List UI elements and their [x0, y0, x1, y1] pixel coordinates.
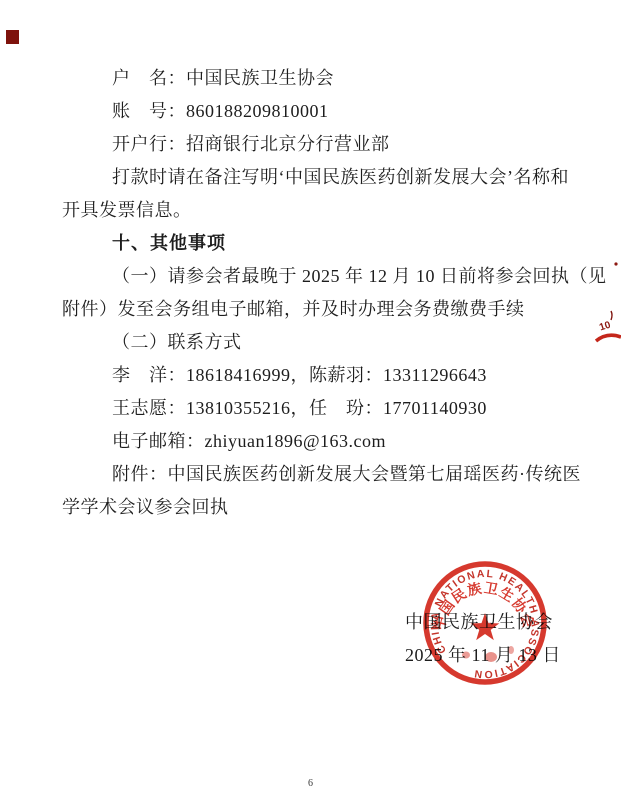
- edge-dot-mark: [614, 262, 617, 265]
- section-heading: 十、其他事项: [62, 227, 582, 260]
- edge-fragment-text: 10: [598, 319, 612, 333]
- edge-scratch-mark: [611, 311, 612, 320]
- bank-line: 开户行：招商银行北京分行营业部: [62, 128, 582, 161]
- account-number-line: 账 号：860188209810001: [62, 95, 582, 128]
- item-1-line-1: （一）请参会者最晚于 2025 年 12 月 10 日前将参会回执（见: [62, 260, 582, 293]
- seal-star-icon: [471, 613, 500, 640]
- page-number: 6: [0, 778, 621, 789]
- seal-ink-smudge: [462, 652, 470, 659]
- email-line: 电子邮箱：zhiyuan1896@163.com: [62, 425, 582, 458]
- remark-line-1: 打款时请在备注写明‘中国民族医药创新发展大会’名称和: [62, 161, 582, 194]
- attachment-line-2: 学学术会议参会回执: [62, 491, 582, 524]
- attachment-line-1: 附件：中国民族医药创新发展大会暨第七届瑶医药·传统医: [62, 458, 582, 491]
- edge-fragment-graphic: 10: [595, 253, 621, 349]
- document-body: 户 名：中国民族卫生协会 账 号：860188209810001 开户行：招商银…: [62, 62, 582, 524]
- seal-ink-smudge: [485, 652, 497, 662]
- item-1-line-2: 附件）发至会务组电子邮箱，并及时办理会务费缴费手续: [62, 293, 582, 326]
- item-2-heading: （二）联系方式: [62, 326, 582, 359]
- edge-stamp-fragments: 10: [595, 253, 621, 349]
- seal-graphic: CHINA NATIONAL HEALTH ASSOCIATION 中国民族卫生…: [419, 558, 551, 690]
- seal-ink-smudge: [508, 646, 514, 654]
- remark-line-2: 开具发票信息。: [62, 194, 582, 227]
- edge-red-stroke: [596, 335, 621, 341]
- account-name-line: 户 名：中国民族卫生协会: [62, 62, 582, 95]
- contact-line-1: 李 洋：18618416999，陈薪羽：13311296643: [62, 359, 582, 392]
- official-seal-stamp: CHINA NATIONAL HEALTH ASSOCIATION 中国民族卫生…: [419, 558, 551, 690]
- contact-line-2: 王志愿：13810355216，任 玢：17701140930: [62, 392, 582, 425]
- corner-stamp-mark: [6, 30, 19, 44]
